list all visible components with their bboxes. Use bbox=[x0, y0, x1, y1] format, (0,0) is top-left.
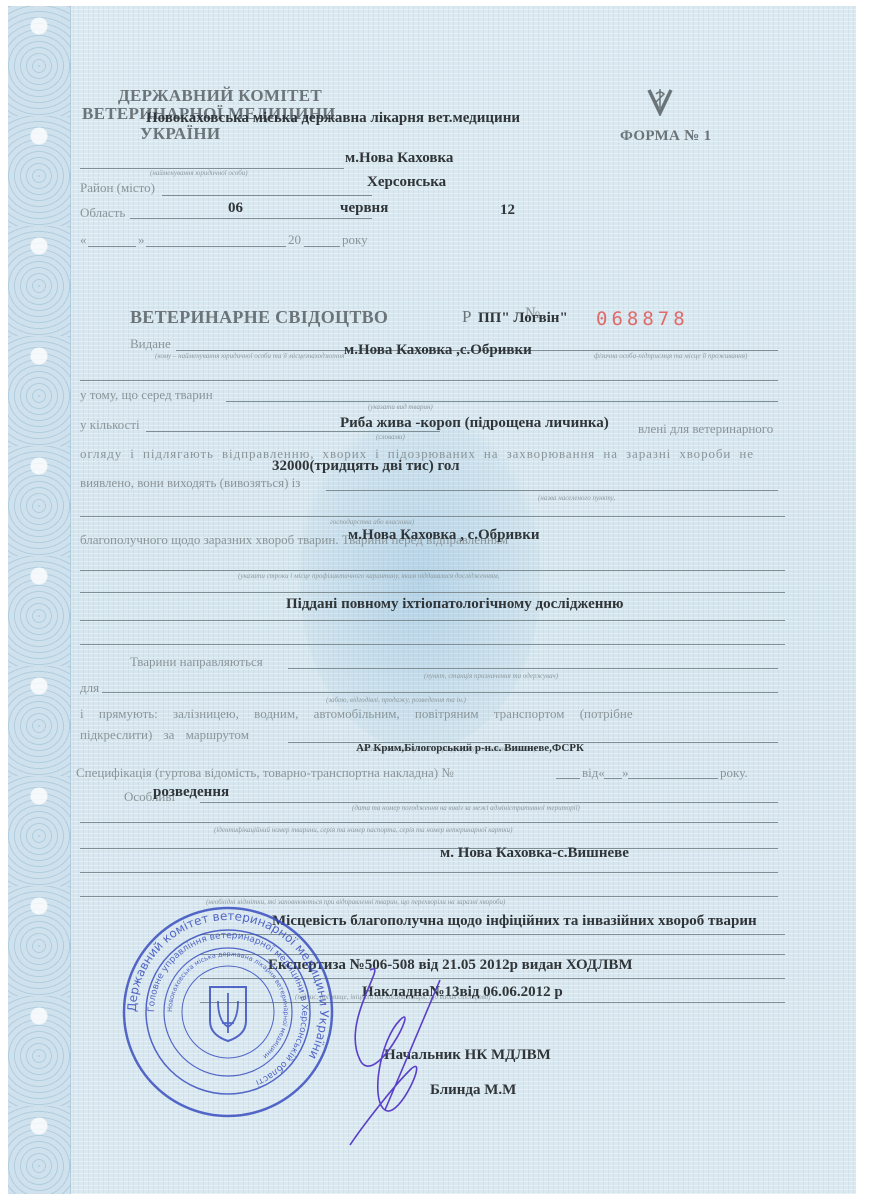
issued-caption-right: фізична особа-підприємця та місце її про… bbox=[594, 352, 747, 360]
area-status: Місцевість благополучна щодо інфіційних … bbox=[272, 913, 757, 930]
destination-value: м. Нова Каховка-с.Вишневе bbox=[440, 845, 629, 862]
research-value: Піддані повному іхтіопатологічному дослі… bbox=[286, 596, 624, 613]
date-year-suffix: року bbox=[342, 232, 368, 248]
issued-value: м.Нова Каховка ,с.Обривки bbox=[344, 342, 532, 359]
purpose-caption: (забою, відгодівлі, продажу, розведення … bbox=[326, 696, 466, 704]
series-overprint: ПП" Логвін" bbox=[478, 310, 568, 327]
for-label: для bbox=[80, 680, 99, 696]
city-value: м.Нова Каховка bbox=[345, 150, 453, 167]
quantity-label: у кількості bbox=[80, 417, 140, 433]
origin-value: м.Нова Каховка , с.Обривки bbox=[348, 527, 540, 544]
signature-icon bbox=[330, 960, 460, 1150]
region-label: Область bbox=[80, 205, 125, 221]
spec-year: року. bbox=[720, 765, 748, 781]
spec-text: Специфікація (гуртова відомість, товарно… bbox=[76, 765, 454, 781]
destination-caption: (пункт, станція призначення та одержувач… bbox=[424, 672, 558, 680]
date-month: червня bbox=[340, 200, 388, 217]
district-label: Район (місто) bbox=[80, 180, 155, 196]
issued-label: Видане bbox=[130, 336, 171, 352]
presented-tail: влені для ветеринарного bbox=[638, 421, 773, 437]
settlement-caption: (назва населеного пункту, bbox=[538, 494, 615, 502]
quarantine-caption: (указати строки і місце профілактичного … bbox=[238, 572, 500, 580]
region-value: Херсонська bbox=[367, 174, 446, 191]
serial-number: 068878 bbox=[596, 308, 689, 330]
found-text: виявлено, вони виходять (вивозяться) із bbox=[80, 475, 300, 491]
animal-kind-caption: (указати вид тварин) bbox=[368, 403, 433, 411]
identification-caption: (ідентифікаційний номер тварини, серія т… bbox=[214, 826, 512, 834]
underline-text: підкреслити) за маршрутом bbox=[80, 727, 249, 743]
veterinary-emblem-icon bbox=[646, 86, 674, 116]
among-animals-label: у тому, що серед тварин bbox=[80, 387, 213, 403]
issuing-organization: Новокаховська міська державна лікарня ве… bbox=[146, 110, 520, 127]
sent-label: Тварини направляються bbox=[130, 654, 263, 670]
org-caption: (найменування юридичної особи) bbox=[150, 169, 248, 177]
series-prefix: Р bbox=[462, 307, 471, 327]
species-value: Риба жива -короп (підрощена личинка) bbox=[340, 415, 609, 432]
words-caption: (словами) bbox=[376, 433, 405, 441]
special-value: розведення bbox=[153, 784, 229, 801]
date-open-quote: « bbox=[80, 232, 87, 248]
date-century: 20 bbox=[288, 232, 301, 248]
committee-line3: УКРАЇНИ bbox=[140, 124, 220, 144]
approval-caption: (дата та номер погодження на вивіз за ме… bbox=[352, 804, 580, 812]
issued-caption-left: (кому – найменування юридичної особи та … bbox=[155, 352, 344, 360]
form-number: ФОРМА № 1 bbox=[620, 128, 711, 145]
date-day: 06 bbox=[228, 200, 243, 217]
transport-text: і прямують: залізницею, водним, автомобі… bbox=[80, 706, 633, 722]
farm-caption: господарства або власника) bbox=[330, 518, 414, 526]
committee-line1: ДЕРЖАВНИЙ КОМІТЕТ bbox=[118, 86, 322, 106]
date-close-quote: » bbox=[138, 232, 145, 248]
route-value: АР Крим,Білогорський р-н.с. Вишневе,ФСРК bbox=[356, 742, 584, 754]
certificate-title: ВЕТЕРИНАРНЕ СВІДОЦТВО bbox=[130, 307, 388, 328]
security-border bbox=[8, 6, 71, 1194]
spec-from: від« bbox=[582, 765, 605, 781]
official-stamp-icon: Державний комітет ветеринарної медицини … bbox=[118, 905, 338, 1120]
quantity-value: 32000(тридцять дві тис) гол bbox=[272, 458, 460, 475]
date-year: 12 bbox=[500, 202, 515, 219]
